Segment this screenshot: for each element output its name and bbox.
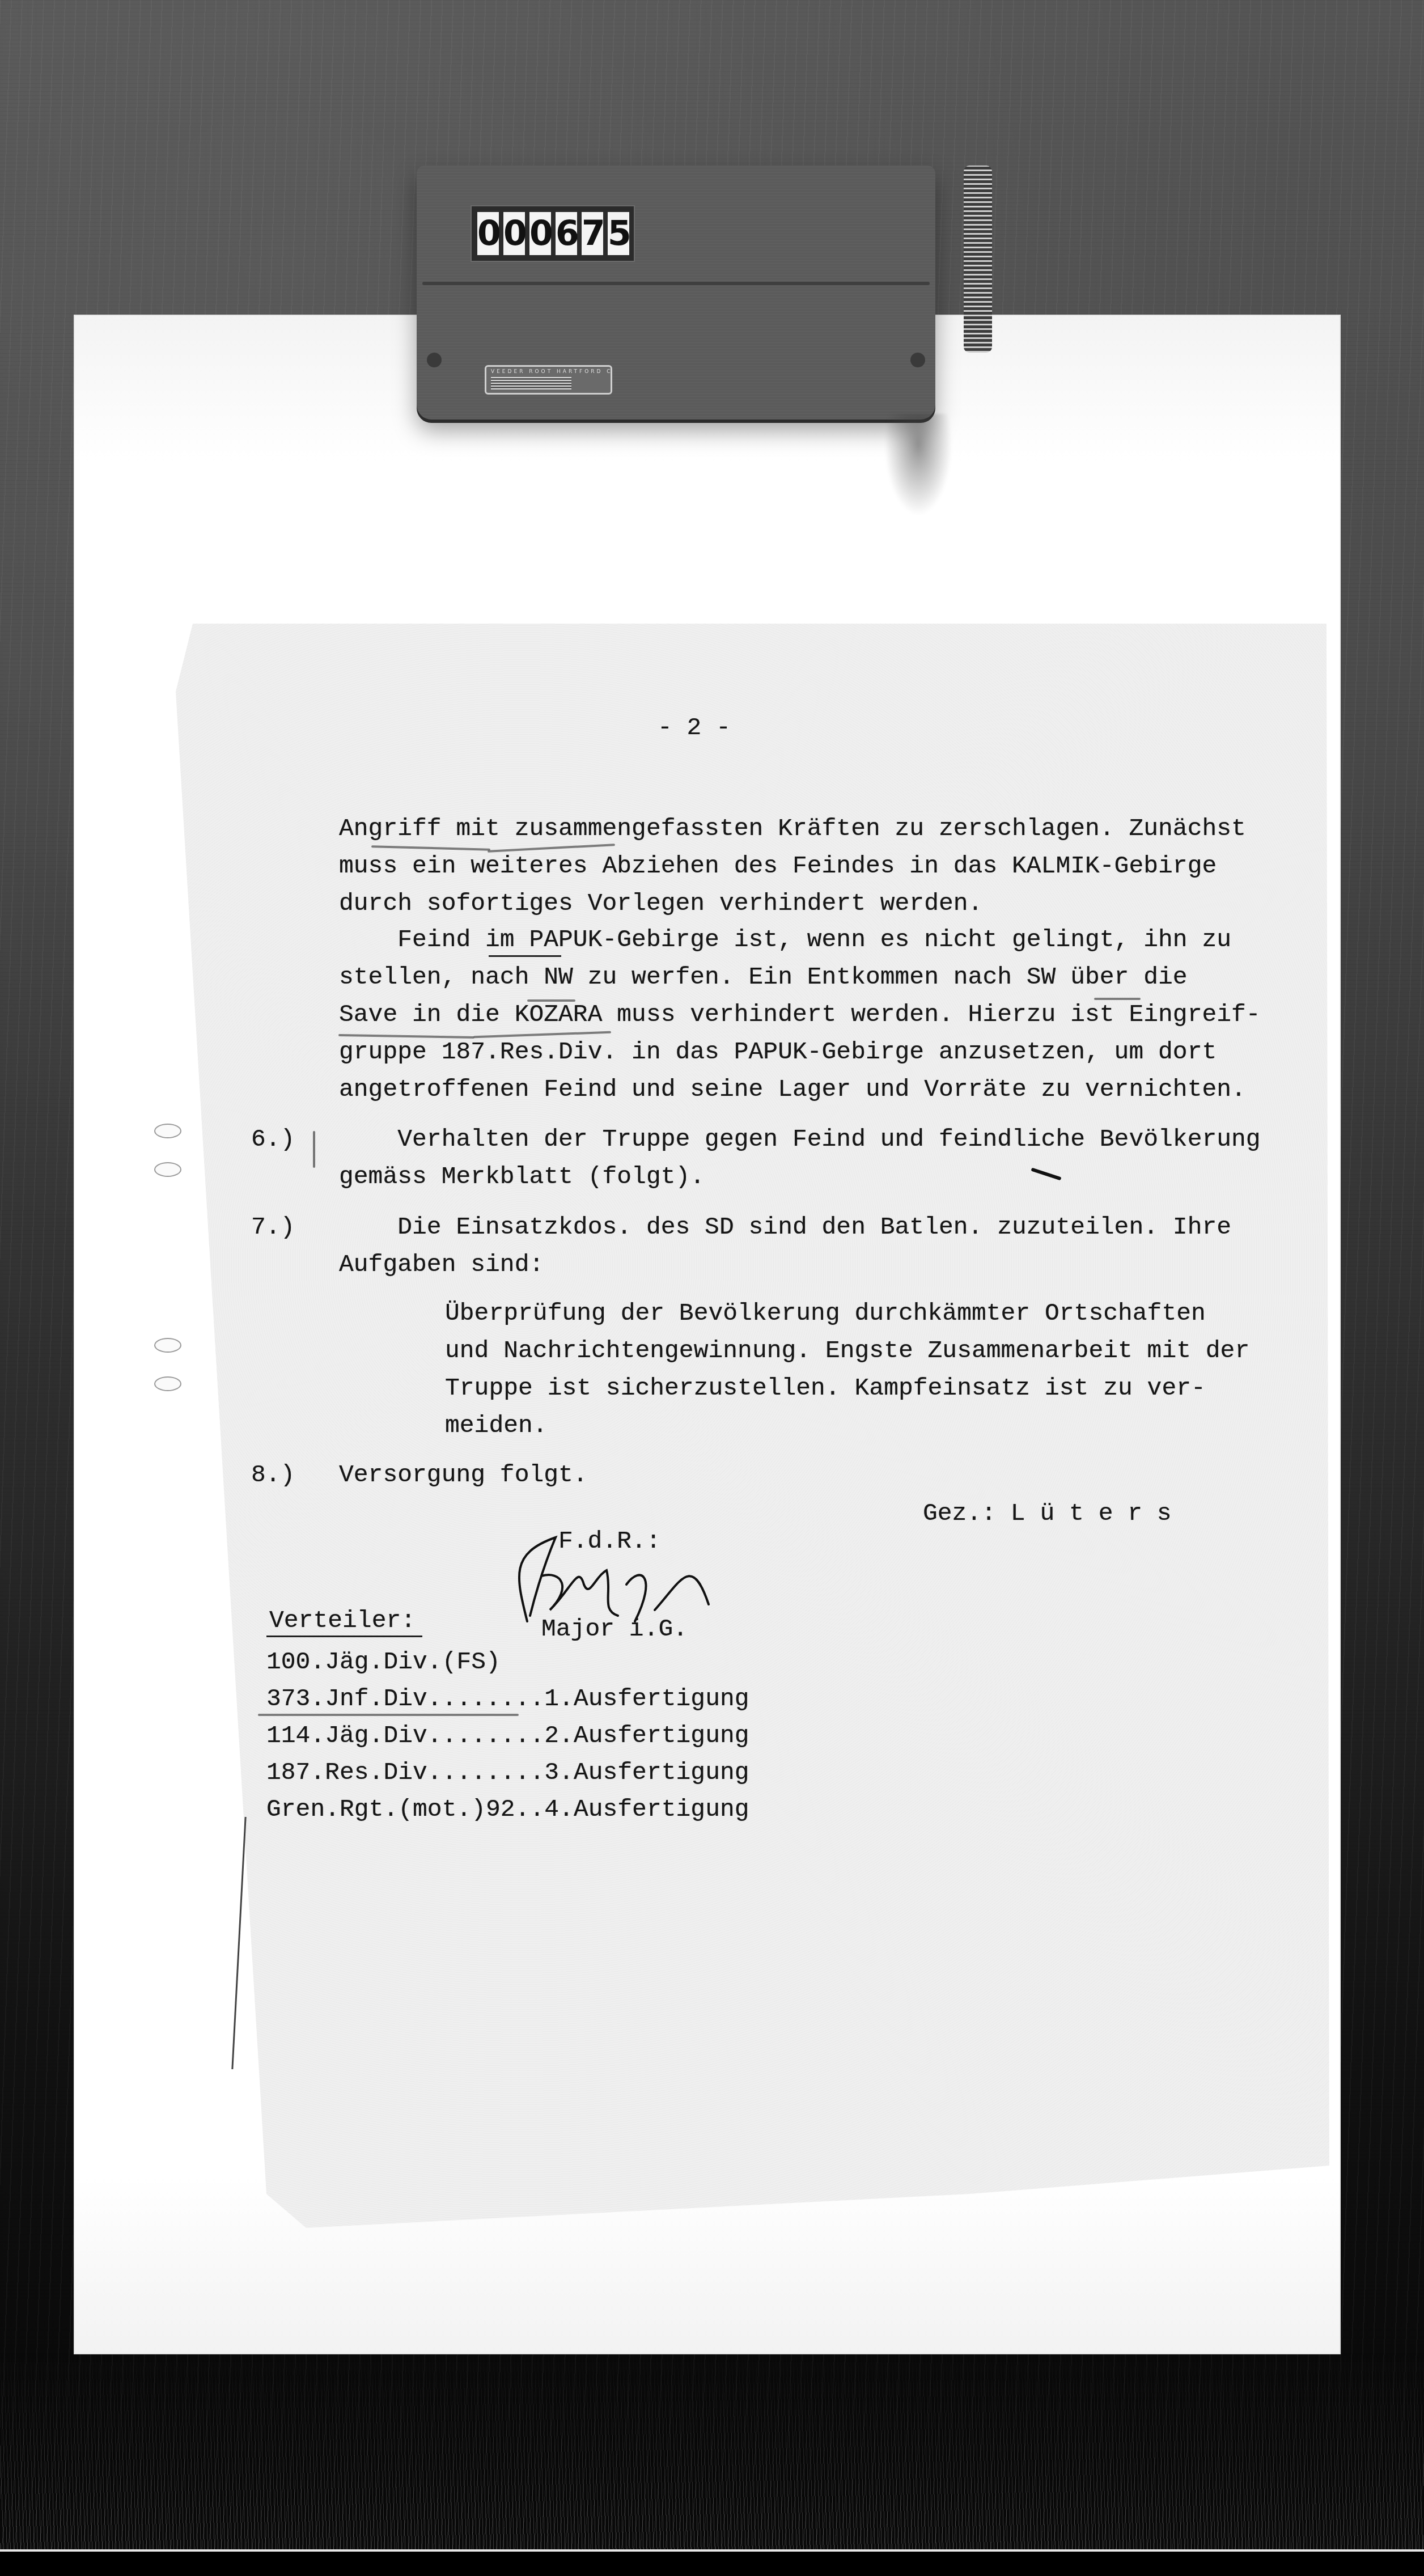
- text-line: Feind im PAPUK-Gebirge ist, wenn es nich…: [339, 927, 1231, 952]
- text-line: Angriff mit zusammengefassten Kräften zu…: [339, 816, 1246, 841]
- counter-digit: 0: [529, 212, 551, 255]
- text-line: Die Einsatzkdos. des SD sind den Batlen.…: [339, 1215, 1231, 1239]
- pencil-underline: [527, 999, 575, 1002]
- text-line: Verhalten der Truppe gegen Feind und fei…: [339, 1127, 1261, 1151]
- item-number: 6.): [251, 1127, 295, 1151]
- text-line: durch sofortiges Vorlegen verhindert wer…: [339, 891, 982, 916]
- film-border: [0, 2552, 1424, 2576]
- screw-icon: [427, 353, 442, 367]
- heading-underline: [266, 1636, 422, 1637]
- punch-hole: [154, 1162, 181, 1177]
- punch-hole: [154, 1124, 181, 1138]
- text-line: stellen, nach NW zu werfen. Ein Entkomme…: [339, 965, 1188, 989]
- distribution-entry: 373.Jnf.Div........1.Ausfertigung: [266, 1687, 749, 1711]
- text-line: gemäss Merkblatt (folgt).: [339, 1164, 705, 1189]
- pencil-underline: [258, 1714, 519, 1716]
- item-number: 8.): [251, 1463, 295, 1487]
- frame-counter: 0 0 0 6 7 5 VEEDER ROOT HARTFORD CONN U.…: [417, 166, 935, 420]
- nameplate-text: VEEDER ROOT HARTFORD CONN U.S.A.: [491, 369, 606, 375]
- item-number: 7.): [251, 1215, 295, 1239]
- counter-digit: 6: [556, 212, 577, 255]
- distribution-heading: Verteiler:: [269, 1608, 416, 1633]
- pencil-margin-mark: [313, 1131, 315, 1168]
- counter-ridge: [422, 282, 930, 285]
- text-line: gruppe 187.Res.Div. in das PAPUK-Gebirge…: [339, 1040, 1217, 1064]
- counter-window: 0 0 0 6 7 5: [471, 205, 635, 262]
- ink-smudge: [884, 414, 952, 516]
- ink-underline: [489, 955, 561, 957]
- film-streaks: [0, 2353, 1424, 2551]
- distribution-entry: 187.Res.Div........3.Ausfertigung: [266, 1760, 749, 1785]
- signed-by: Gez.: L ü t e r s: [923, 1501, 1172, 1526]
- pencil-underline: [1094, 998, 1141, 1000]
- text-line: muss ein weiteres Abziehen des Feindes i…: [339, 854, 1217, 878]
- counter-digit: 0: [477, 212, 499, 255]
- text-line: Save in die KOZARA muss verhindert werde…: [339, 1002, 1261, 1027]
- counter-nameplate: VEEDER ROOT HARTFORD CONN U.S.A.: [485, 365, 612, 395]
- text-line: meiden.: [445, 1413, 548, 1438]
- counter-digit: 0: [503, 212, 525, 255]
- distribution-entry: Gren.Rgt.(mot.)92..4.Ausfertigung: [266, 1797, 749, 1821]
- handwritten-signature: [510, 1531, 726, 1627]
- screw-icon: [910, 353, 925, 367]
- distribution-entry: 114.Jäg.Div........2.Ausfertigung: [266, 1723, 749, 1748]
- distribution-entry: 100.Jäg.Div.(FS): [266, 1650, 501, 1674]
- text-line: und Nachrichtengewinnung. Engste Zusamme…: [445, 1338, 1249, 1363]
- nameplate-lines: [491, 377, 571, 389]
- text-line: Aufgaben sind:: [339, 1252, 544, 1277]
- punch-hole: [154, 1376, 181, 1391]
- text-line: Truppe ist sicherzustellen. Kampfeinsatz…: [445, 1376, 1206, 1400]
- counter-digit: 5: [608, 212, 629, 255]
- text-line: Überprüfung der Bevölkerung durchkämmter…: [445, 1301, 1206, 1325]
- counter-knob: [964, 166, 992, 353]
- page-number: - 2 -: [658, 715, 731, 740]
- punch-hole: [154, 1338, 181, 1353]
- counter-digit: 7: [582, 212, 603, 255]
- text-line: angetroffenen Feind und seine Lager und …: [339, 1077, 1246, 1101]
- text-line: Versorgung folgt.: [339, 1463, 588, 1487]
